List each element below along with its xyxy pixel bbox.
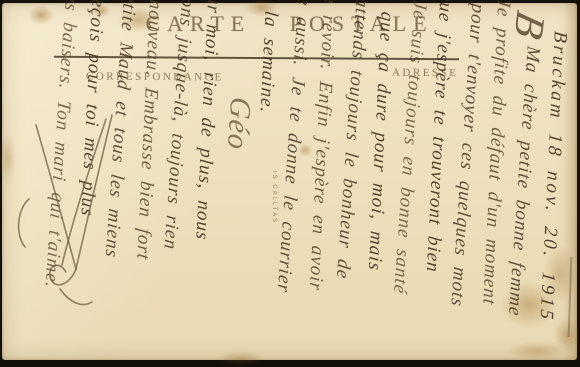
card-edge-shading [563,3,577,360]
postcard-back: CARTE POSTALE CORRESPONDANCE ADRESSE IS … [2,3,577,360]
foxing-stain [0,133,16,185]
foxing-stain [217,351,265,365]
handwritten-message: Bruckam 18 nov. 20. 1915Ma chère petite … [19,0,578,354]
